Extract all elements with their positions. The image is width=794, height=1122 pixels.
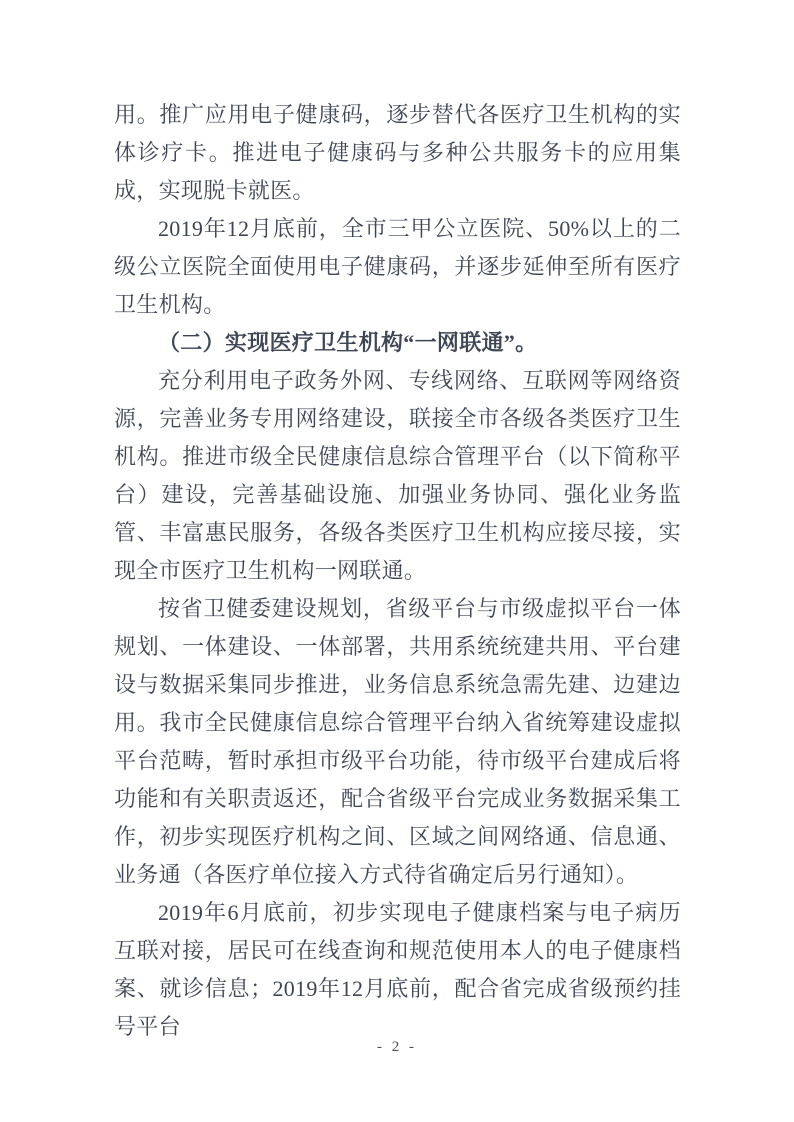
document-body: 用。推广应用电子健康码，逐步替代各医疗卫生机构的实体诊疗卡。推进电子健康码与多种… <box>114 96 681 1046</box>
page-footer: - 2 - <box>0 1038 794 1056</box>
paragraph-provincial-plan: 按省卫健委建设规划，省级平台与市级虚拟平台一体规划、一体建设、一体部署，共用系统… <box>114 590 681 894</box>
paragraph-continuation: 用。推广应用电子健康码，逐步替代各医疗卫生机构的实体诊疗卡。推进电子健康码与多种… <box>114 96 681 210</box>
document-page: 用。推广应用电子健康码，逐步替代各医疗卫生机构的实体诊疗卡。推进电子健康码与多种… <box>0 0 794 1122</box>
page-number: - 2 - <box>377 1039 417 1055</box>
paragraph-deadline-2019-12: 2019年12月底前，全市三甲公立医院、50%以上的二级公立医院全面使用电子健康… <box>114 210 681 324</box>
paragraph-network-resources: 充分利用电子政务外网、专线网络、互联网等网络资源，完善业务专用网络建设，联接全市… <box>114 362 681 590</box>
section-heading-2: （二）实现医疗卫生机构“一网联通”。 <box>114 324 681 362</box>
paragraph-deadline-2019-06: 2019年6月底前，初步实现电子健康档案与电子病历互联对接，居民可在线查询和规范… <box>114 894 681 1046</box>
